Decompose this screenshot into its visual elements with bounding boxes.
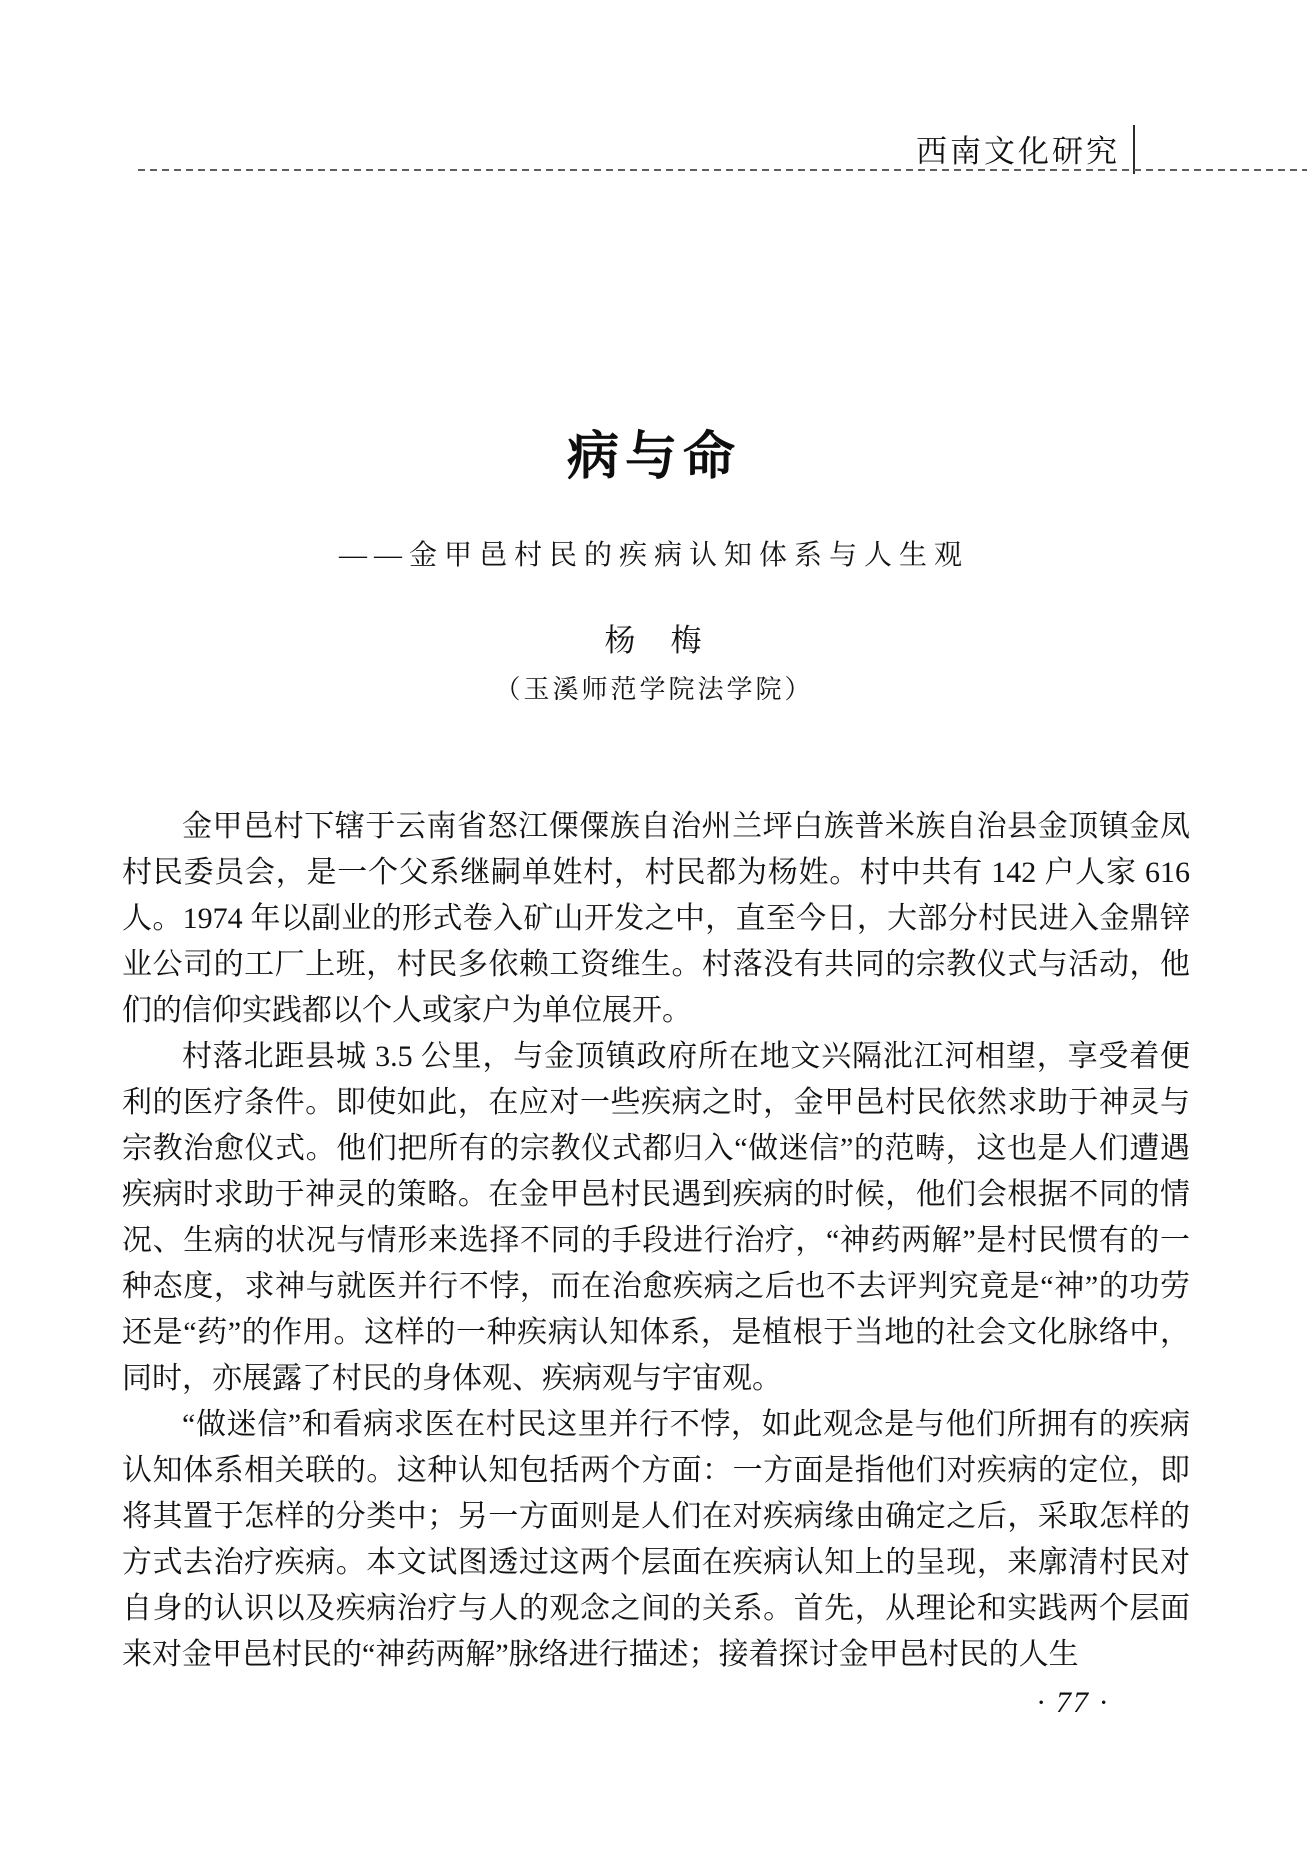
page-number: · 77 · [1037,1686,1109,1720]
document-page: 西南文化研究 病与命 ——金甲邑村民的疾病认知体系与人生观 杨 梅 （玉溪师范学… [0,0,1307,1859]
body-paragraph: 村落北距县城 3.5 公里，与金顶镇政府所在地文兴隔沘江河相望，享受着便利的医疗… [122,1034,1190,1402]
body-paragraph: “做迷信”和看病求医在村民这里并行不悖，如此观念是与他们所拥有的疾病认知体系相关… [122,1402,1190,1678]
running-head-journal-title: 西南文化研究 [0,126,1120,171]
body-paragraph: 金甲邑村下辖于云南省怒江傈僳族自治州兰坪白族普米族自治县金顶镇金凤村民委员会，是… [122,804,1190,1034]
article-title: 病与命 [120,414,1188,489]
article-body: 金甲邑村下辖于云南省怒江傈僳族自治州兰坪白族普米族自治县金顶镇金凤村民委员会，是… [122,804,1190,1678]
header-vertical-rule [1133,125,1135,174]
article-author: 杨 梅 [120,615,1188,660]
article-subtitle: ——金甲邑村民的疾病认知体系与人生观 [120,533,1188,573]
header-dashed-divider [138,169,1307,171]
article-affiliation: （玉溪师范学院法学院） [120,669,1188,706]
